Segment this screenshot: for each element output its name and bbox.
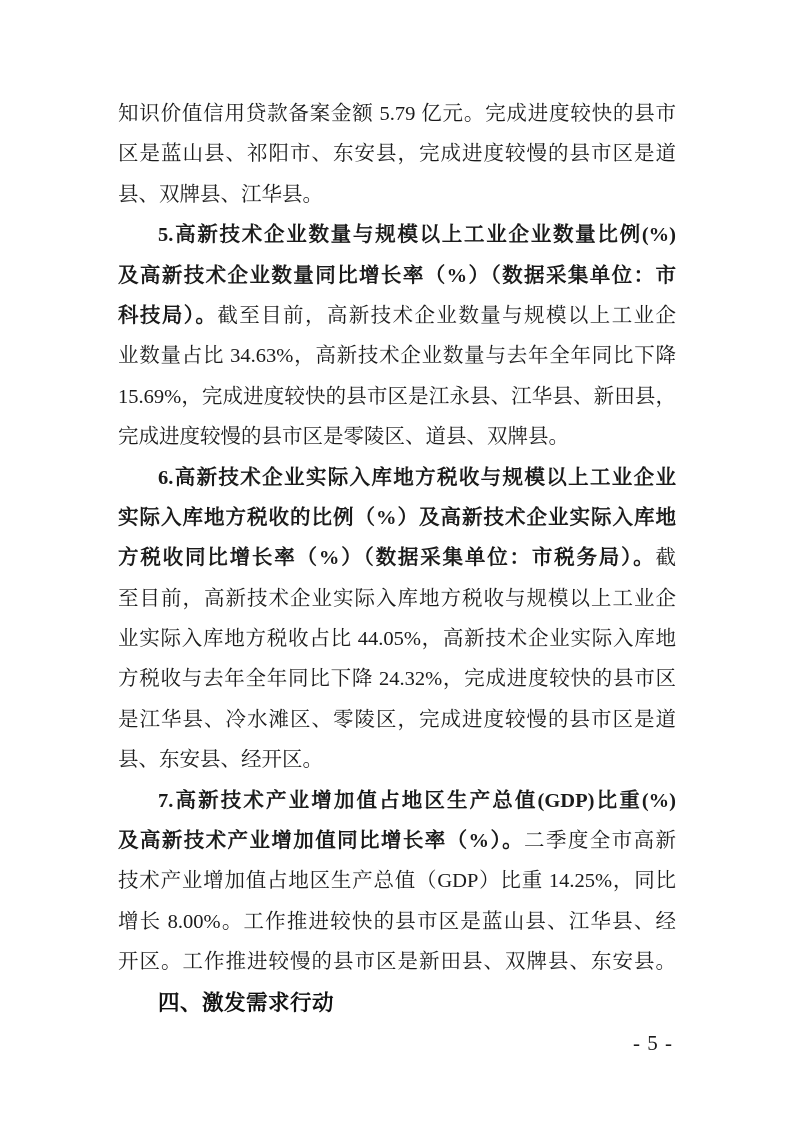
document-body: 知识价值信用贷款备案金额 5.79 亿元。完成进度较快的县市 区是蓝山县、祁阳市…: [118, 94, 676, 1023]
text-run: 是江华县、冷水滩区、零陵区，完成进度较慢的县市区是道: [118, 709, 676, 731]
section-5-title-line: 及高新技术企业数量同比增长率（%）（数据采集单位：市: [118, 256, 676, 296]
text-run: 截: [656, 547, 677, 569]
bold-run: 及高新技术产业增加值同比增长率（%）。: [118, 830, 524, 852]
text-line: 15.69%，完成进度较快的县市区是江永县、江华县、新田县，: [118, 377, 676, 417]
section-5-title-line: 5.高新技术企业数量与规模以上工业企业数量比例(%): [118, 215, 676, 255]
text-line: 区是蓝山县、祁阳市、东安县，完成进度较慢的县市区是道: [118, 134, 676, 174]
bold-run: 方税收同比增长率（%）（数据采集单位：市税务局）。: [118, 547, 656, 569]
text-run: 15.69%，完成进度较快的县市区是江永县、江华县、新田县，: [118, 386, 676, 408]
text-line: 技术产业增加值占地区生产总值（GDP）比重 14.25%，同比: [118, 861, 676, 901]
page-number: - 5 -: [633, 1031, 673, 1056]
text-run: 完成进度较慢的县市区是零陵区、道县、双牌县。: [118, 426, 569, 448]
text-line: 县、双牌县、江华县。: [118, 175, 676, 215]
text-line: 开区。工作推进较慢的县市区是新田县、双牌县、东安县。: [118, 942, 676, 982]
text-line: 县、东安县、经开区。: [118, 740, 676, 780]
text-line: 方税收与去年全年同比下降 24.32%，完成进度较快的县市区: [118, 659, 676, 699]
text-run: 区是蓝山县、祁阳市、东安县，完成进度较慢的县市区是道: [118, 143, 676, 165]
section-6-title-line: 6.高新技术企业实际入库地方税收与规模以上工业企业: [118, 458, 676, 498]
text-run: 至目前，高新技术企业实际入库地方税收与规模以上工业企: [118, 588, 676, 610]
text-line: 至目前，高新技术企业实际入库地方税收与规模以上工业企: [118, 579, 676, 619]
text-line: 知识价值信用贷款备案金额 5.79 亿元。完成进度较快的县市: [118, 94, 676, 134]
text-run: 县、东安县、经开区。: [118, 749, 323, 771]
section-7-title-line: 及高新技术产业增加值同比增长率（%）。二季度全市高新: [118, 821, 676, 861]
section-4-heading-line: 四、激发需求行动: [118, 983, 676, 1023]
text-run: 业实际入库地方税收占比 44.05%，高新技术企业实际入库地: [118, 628, 676, 650]
text-line: 完成进度较慢的县市区是零陵区、道县、双牌县。: [118, 417, 676, 457]
text-run: 截至目前，高新技术企业数量与规模以上工业企: [217, 305, 676, 327]
text-run: 增长 8.00%。工作推进较快的县市区是蓝山县、江华县、经: [118, 911, 676, 933]
text-run: 业数量占比 34.63%，高新技术企业数量与去年全年同比下降: [118, 345, 676, 367]
text-run: 县、双牌县、江华县。: [118, 184, 323, 206]
text-line: 是江华县、冷水滩区、零陵区，完成进度较慢的县市区是道: [118, 700, 676, 740]
text-run: 二季度全市高新: [524, 830, 676, 852]
bold-run: 科技局）。: [118, 305, 217, 327]
section-7-title-line: 7.高新技术产业增加值占地区生产总值(GDP)比重(%): [118, 781, 676, 821]
text-run: 知识价值信用贷款备案金额 5.79 亿元。完成进度较快的县市: [118, 103, 676, 125]
bold-run: 7.高新技术产业增加值占地区生产总值(GDP)比重(%): [158, 790, 676, 812]
text-run: 技术产业增加值占地区生产总值（GDP）比重 14.25%，同比: [118, 870, 676, 892]
section-6-title-line: 实际入库地方税收的比例（%）及高新技术企业实际入库地: [118, 498, 676, 538]
text-line: 业数量占比 34.63%，高新技术企业数量与去年全年同比下降: [118, 336, 676, 376]
bold-run: 实际入库地方税收的比例（%）及高新技术企业实际入库地: [118, 507, 676, 529]
text-line: 增长 8.00%。工作推进较快的县市区是蓝山县、江华县、经: [118, 902, 676, 942]
text-run: 开区。工作推进较慢的县市区是新田县、双牌县、东安县。: [118, 951, 676, 973]
text-run: 四、激发需求行动: [158, 991, 334, 1015]
text-run: 方税收与去年全年同比下降 24.32%，完成进度较快的县市区: [118, 668, 676, 690]
section-6-title-line: 方税收同比增长率（%）（数据采集单位：市税务局）。截: [118, 538, 676, 578]
document-page: 知识价值信用贷款备案金额 5.79 亿元。完成进度较快的县市 区是蓝山县、祁阳市…: [0, 0, 793, 1122]
text-line: 科技局）。截至目前，高新技术企业数量与规模以上工业企: [118, 296, 676, 336]
bold-run: 及高新技术企业数量同比增长率（%）（数据采集单位：市: [118, 265, 676, 287]
bold-run: 6.高新技术企业实际入库地方税收与规模以上工业企业: [158, 467, 676, 489]
text-line: 业实际入库地方税收占比 44.05%，高新技术企业实际入库地: [118, 619, 676, 659]
bold-run: 5.高新技术企业数量与规模以上工业企业数量比例(%): [158, 224, 676, 246]
